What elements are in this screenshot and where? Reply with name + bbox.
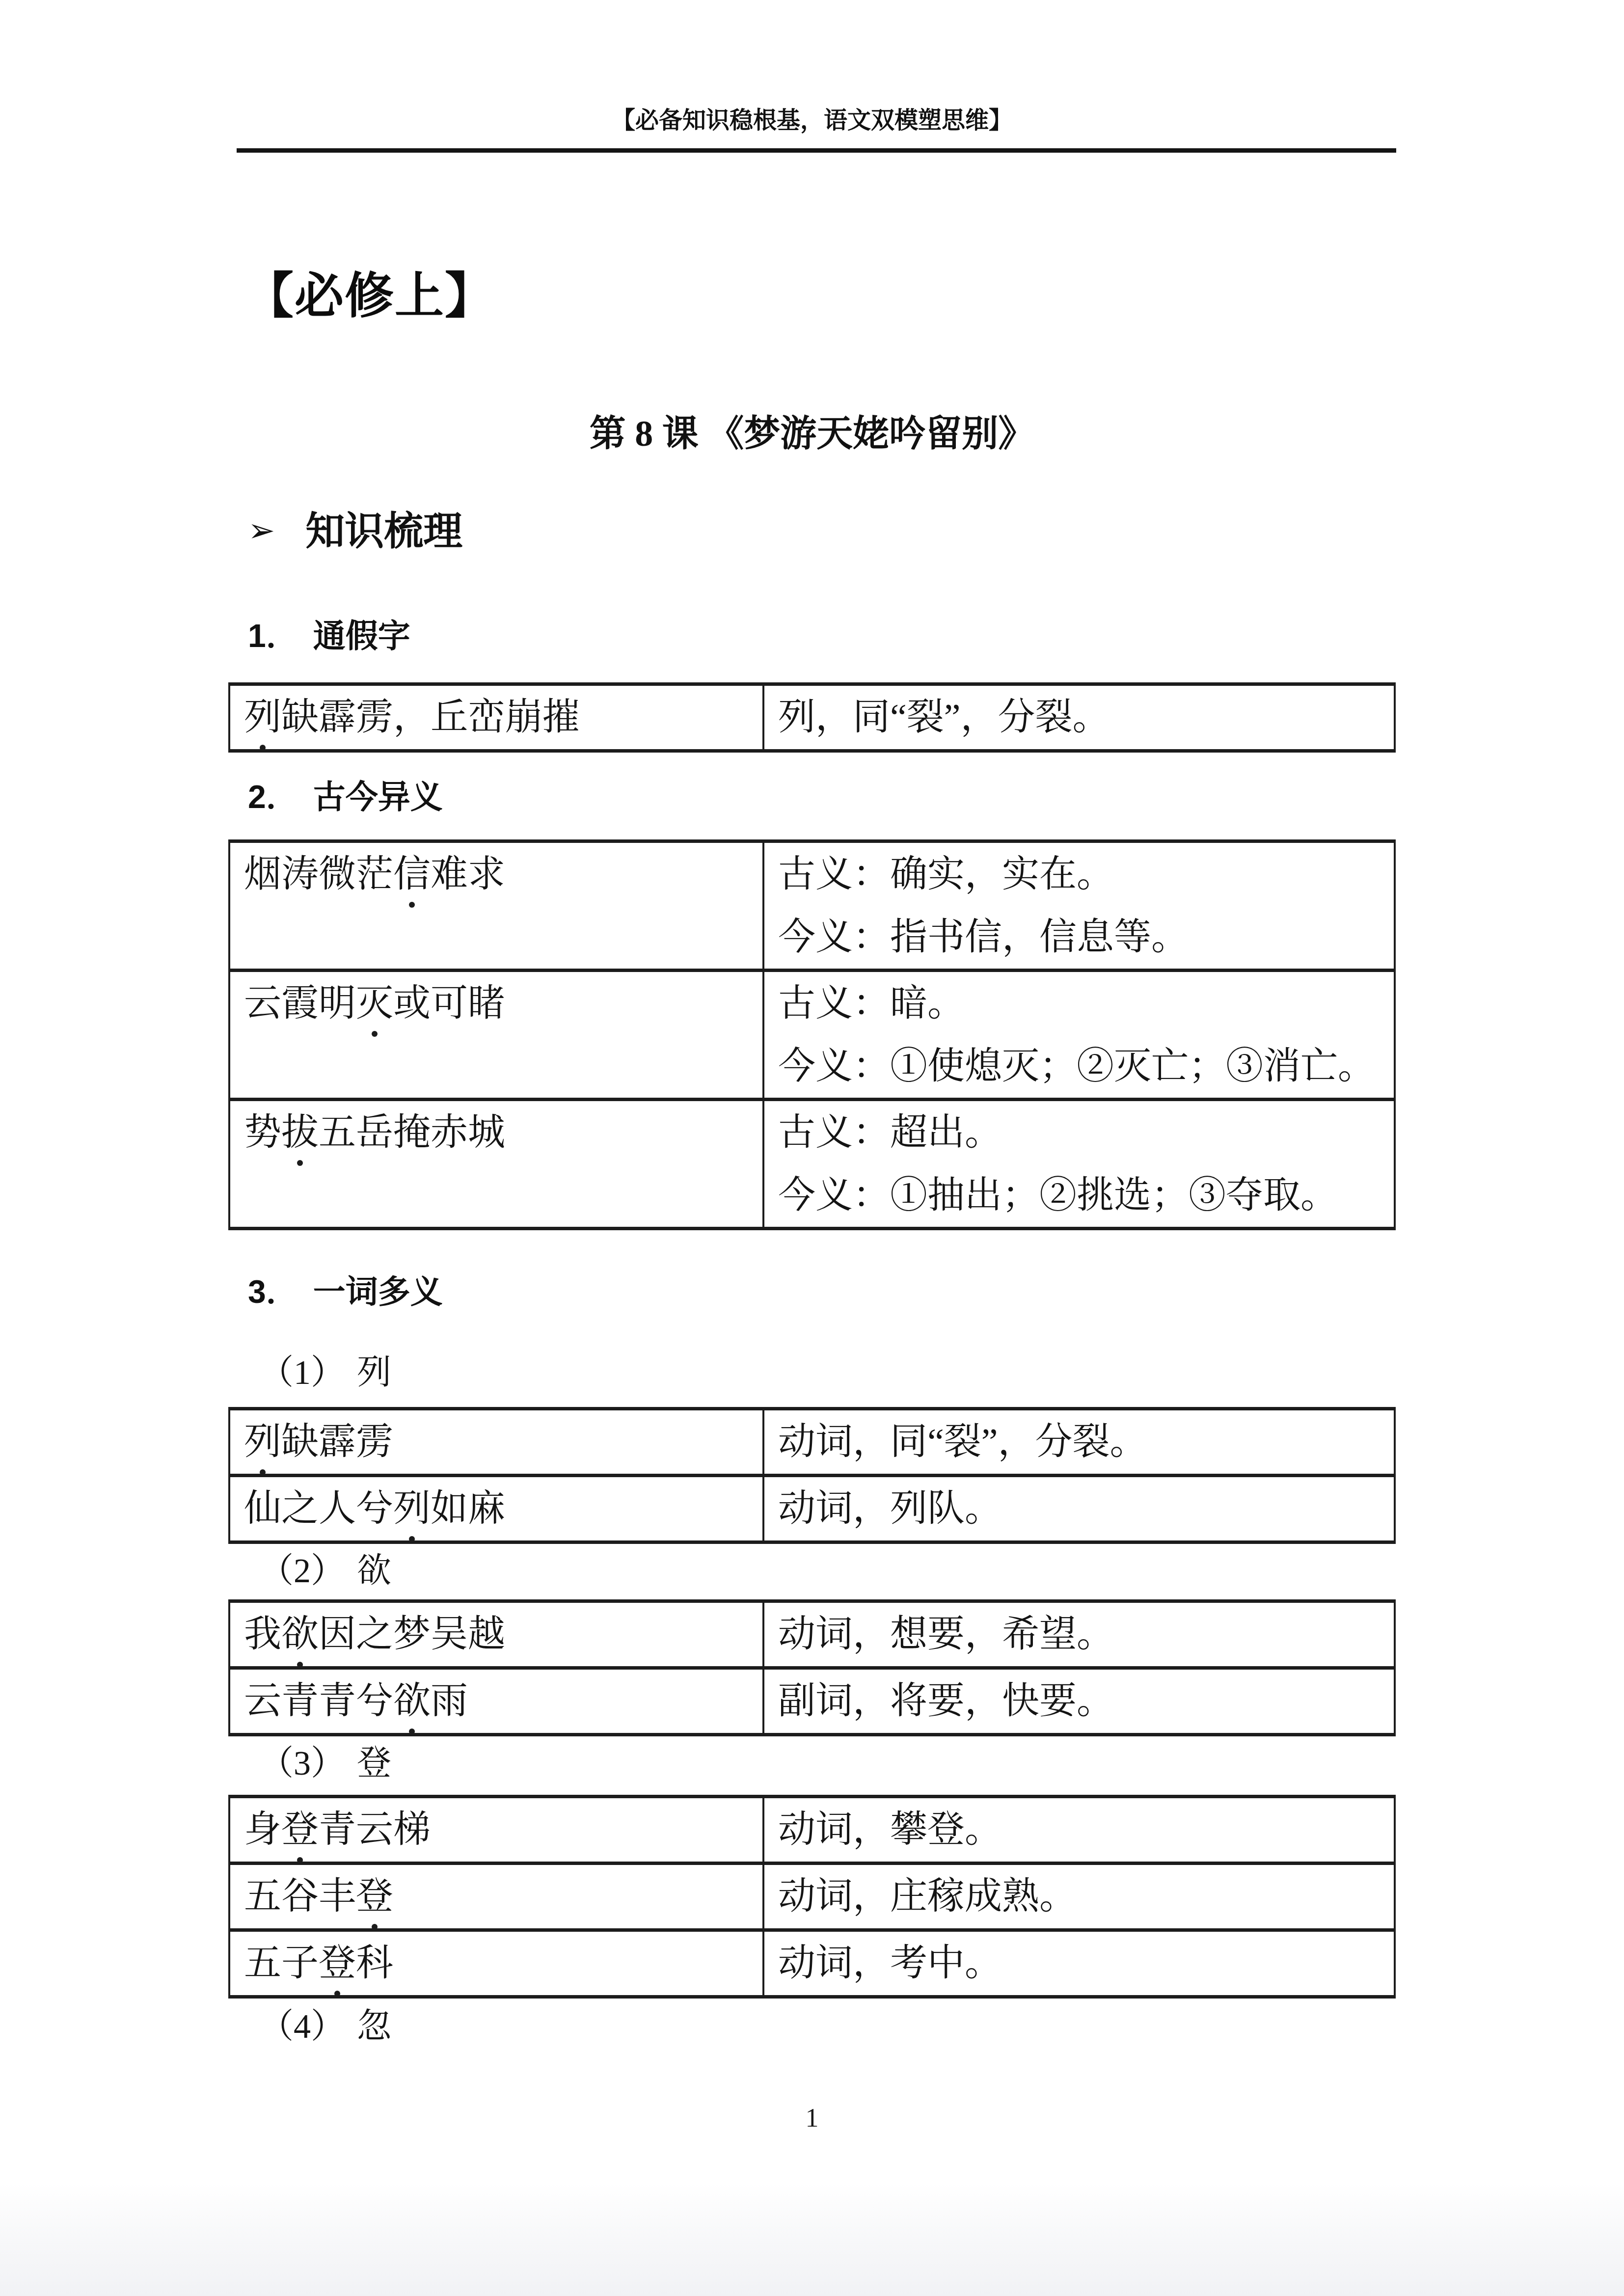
table-row: 烟涛微茫信难求古义：确实，实在。今义：指书信，信息等。	[229, 841, 1395, 971]
meaning-line: 副词，将要，快要。	[778, 1670, 1389, 1732]
table-duoyi-yu: 我欲因之梦吴越动词，想要，希望。云青青兮欲雨副词，将要，快要。	[228, 1599, 1396, 1736]
meaning-cell: 古义：暗。今义：①使熄灭；②灭亡；③消亡。	[763, 971, 1395, 1100]
emphasized-char: 灭	[356, 972, 393, 1035]
table-row: 五子登科动词，考中。	[229, 1930, 1395, 1997]
subheading-number: （4）	[259, 2008, 345, 2046]
document-page: 【必备知识稳根基，语文双模塑思维】 【必修上】 第 8 课 《梦游天姥吟留别》 …	[0, 0, 1624, 2296]
phrase-cell: 列缺霹雳	[229, 1409, 763, 1476]
arrow-bullet-icon: ➢	[248, 510, 275, 553]
table-row: 我欲因之梦吴越动词，想要，希望。	[229, 1601, 1395, 1668]
phrase-cell: 仙之人兮列如麻	[229, 1476, 763, 1542]
meaning-cell: 动词，列队。	[763, 1476, 1395, 1542]
table-duoyi-lie: 列缺霹雳动词，同“裂”，分裂。仙之人兮列如麻动词，列队。	[228, 1407, 1396, 1544]
lesson-title: 第 8 课 《梦游天姥吟留别》	[0, 414, 1624, 454]
table-gujin-yiyi: 烟涛微茫信难求古义：确实，实在。今义：指书信，信息等。云霞明灭或可睹古义：暗。今…	[228, 839, 1396, 1230]
phrase-cell: 五谷丰登	[229, 1864, 763, 1930]
table-tongjiazi: 列缺霹雳，丘峦崩摧列，同“裂”，分裂。	[228, 682, 1396, 753]
meaning-cell: 古义：超出。今义：①抽出；②挑选；③夺取。	[763, 1100, 1395, 1229]
table-row: 势拔五岳掩赤城古义：超出。今义：①抽出；②挑选；③夺取。	[229, 1100, 1395, 1229]
heading-number: 1．	[248, 618, 298, 654]
page-bottom-shade	[0, 2183, 1624, 2296]
heading-tongjiazi: 1．通假字	[248, 618, 410, 654]
subheading-deng: （3）登	[259, 1745, 391, 1783]
meaning-cell: 动词，想要，希望。	[763, 1601, 1395, 1668]
header-rule	[237, 148, 1396, 153]
phrase-cell: 列缺霹雳，丘峦崩摧	[229, 684, 763, 751]
meaning-cell: 列，同“裂”，分裂。	[763, 684, 1395, 751]
page-number: 1	[0, 2103, 1624, 2133]
heading-number: 3．	[248, 1273, 298, 1310]
emphasized-char: 欲	[393, 1670, 431, 1732]
table-row: 列缺霹雳动词，同“裂”，分裂。	[229, 1409, 1395, 1476]
meaning-cell: 古义：确实，实在。今义：指书信，信息等。	[763, 841, 1395, 971]
meaning-cell: 动词，考中。	[763, 1930, 1395, 1997]
table-row: 云霞明灭或可睹古义：暗。今义：①使熄灭；②灭亡；③消亡。	[229, 971, 1395, 1100]
meaning-line: 古义：超出。	[778, 1101, 1389, 1164]
meaning-line: 动词，想要，希望。	[778, 1603, 1389, 1666]
subheading-number: （2）	[259, 1552, 345, 1590]
meaning-line: 列，同“裂”，分裂。	[778, 686, 1389, 749]
section-heading-knowledge: ➢知识梳理	[248, 510, 462, 553]
heading-duoyi: 3．一词多义	[248, 1273, 443, 1310]
meaning-cell: 动词，攀登。	[763, 1797, 1395, 1864]
meaning-cell: 副词，将要，快要。	[763, 1668, 1395, 1735]
phrase-cell: 云青青兮欲雨	[229, 1668, 763, 1735]
emphasized-char: 拔	[281, 1101, 319, 1164]
emphasized-char: 列	[244, 686, 281, 749]
emphasized-char: 信	[393, 843, 431, 906]
meaning-line: 今义：①抽出；②挑选；③夺取。	[778, 1164, 1389, 1227]
heading-label: 古今异义	[313, 779, 443, 815]
emphasized-char: 登	[281, 1798, 319, 1861]
meaning-cell: 动词，庄稼成熟。	[763, 1864, 1395, 1930]
meaning-line: 今义：指书信，信息等。	[778, 906, 1389, 969]
meaning-cell: 动词，同“裂”，分裂。	[763, 1409, 1395, 1476]
meaning-line: 动词，攀登。	[778, 1798, 1389, 1861]
emphasized-char: 列	[244, 1410, 281, 1473]
subheading-yu: （2）欲	[259, 1552, 391, 1591]
meaning-line: 今义：①使熄灭；②灭亡；③消亡。	[778, 1035, 1389, 1098]
heading-number: 2．	[248, 779, 298, 815]
table-row: 仙之人兮列如麻动词，列队。	[229, 1476, 1395, 1542]
meaning-line: 动词，考中。	[778, 1932, 1389, 1995]
phrase-cell: 烟涛微茫信难求	[229, 841, 763, 971]
phrase-cell: 五子登科	[229, 1930, 763, 1997]
subheading-label: 列	[357, 1354, 391, 1392]
meaning-line: 动词，列队。	[778, 1477, 1389, 1540]
meaning-line: 古义：暗。	[778, 972, 1389, 1035]
subheading-lie: （1）列	[259, 1354, 391, 1392]
section-heading-label: 知识梳理	[305, 510, 462, 553]
emphasized-char: 登	[319, 1932, 356, 1995]
volume-title: 【必修上】	[244, 269, 495, 323]
subheading-number: （3）	[259, 1745, 345, 1783]
subheading-label: 登	[357, 1745, 391, 1783]
subheading-number: （1）	[259, 1354, 345, 1392]
meaning-line: 动词，庄稼成熟。	[778, 1865, 1389, 1928]
table-duoyi-deng: 身登青云梯动词，攀登。五谷丰登动词，庄稼成熟。五子登科动词，考中。	[228, 1795, 1396, 1999]
page-header-motto: 【必备知识稳根基，语文双模塑思维】	[0, 107, 1624, 135]
heading-label: 一词多义	[313, 1273, 443, 1310]
table-row: 云青青兮欲雨副词，将要，快要。	[229, 1668, 1395, 1735]
heading-gujin-yiyi: 2．古今异义	[248, 779, 443, 815]
table-row: 五谷丰登动词，庄稼成熟。	[229, 1864, 1395, 1930]
subheading-label: 忽	[357, 2008, 391, 2046]
phrase-cell: 云霞明灭或可睹	[229, 971, 763, 1100]
phrase-cell: 我欲因之梦吴越	[229, 1601, 763, 1668]
meaning-line: 古义：确实，实在。	[778, 843, 1389, 906]
subheading-label: 欲	[357, 1552, 391, 1590]
table-row: 身登青云梯动词，攀登。	[229, 1797, 1395, 1864]
phrase-cell: 势拔五岳掩赤城	[229, 1100, 763, 1229]
subheading-hu: （4）忽	[259, 2008, 391, 2046]
phrase-cell: 身登青云梯	[229, 1797, 763, 1864]
emphasized-char: 列	[393, 1477, 431, 1540]
meaning-line: 动词，同“裂”，分裂。	[778, 1410, 1389, 1473]
emphasized-char: 登	[356, 1865, 393, 1928]
table-row: 列缺霹雳，丘峦崩摧列，同“裂”，分裂。	[229, 684, 1395, 751]
emphasized-char: 欲	[281, 1603, 319, 1666]
heading-label: 通假字	[313, 618, 410, 654]
